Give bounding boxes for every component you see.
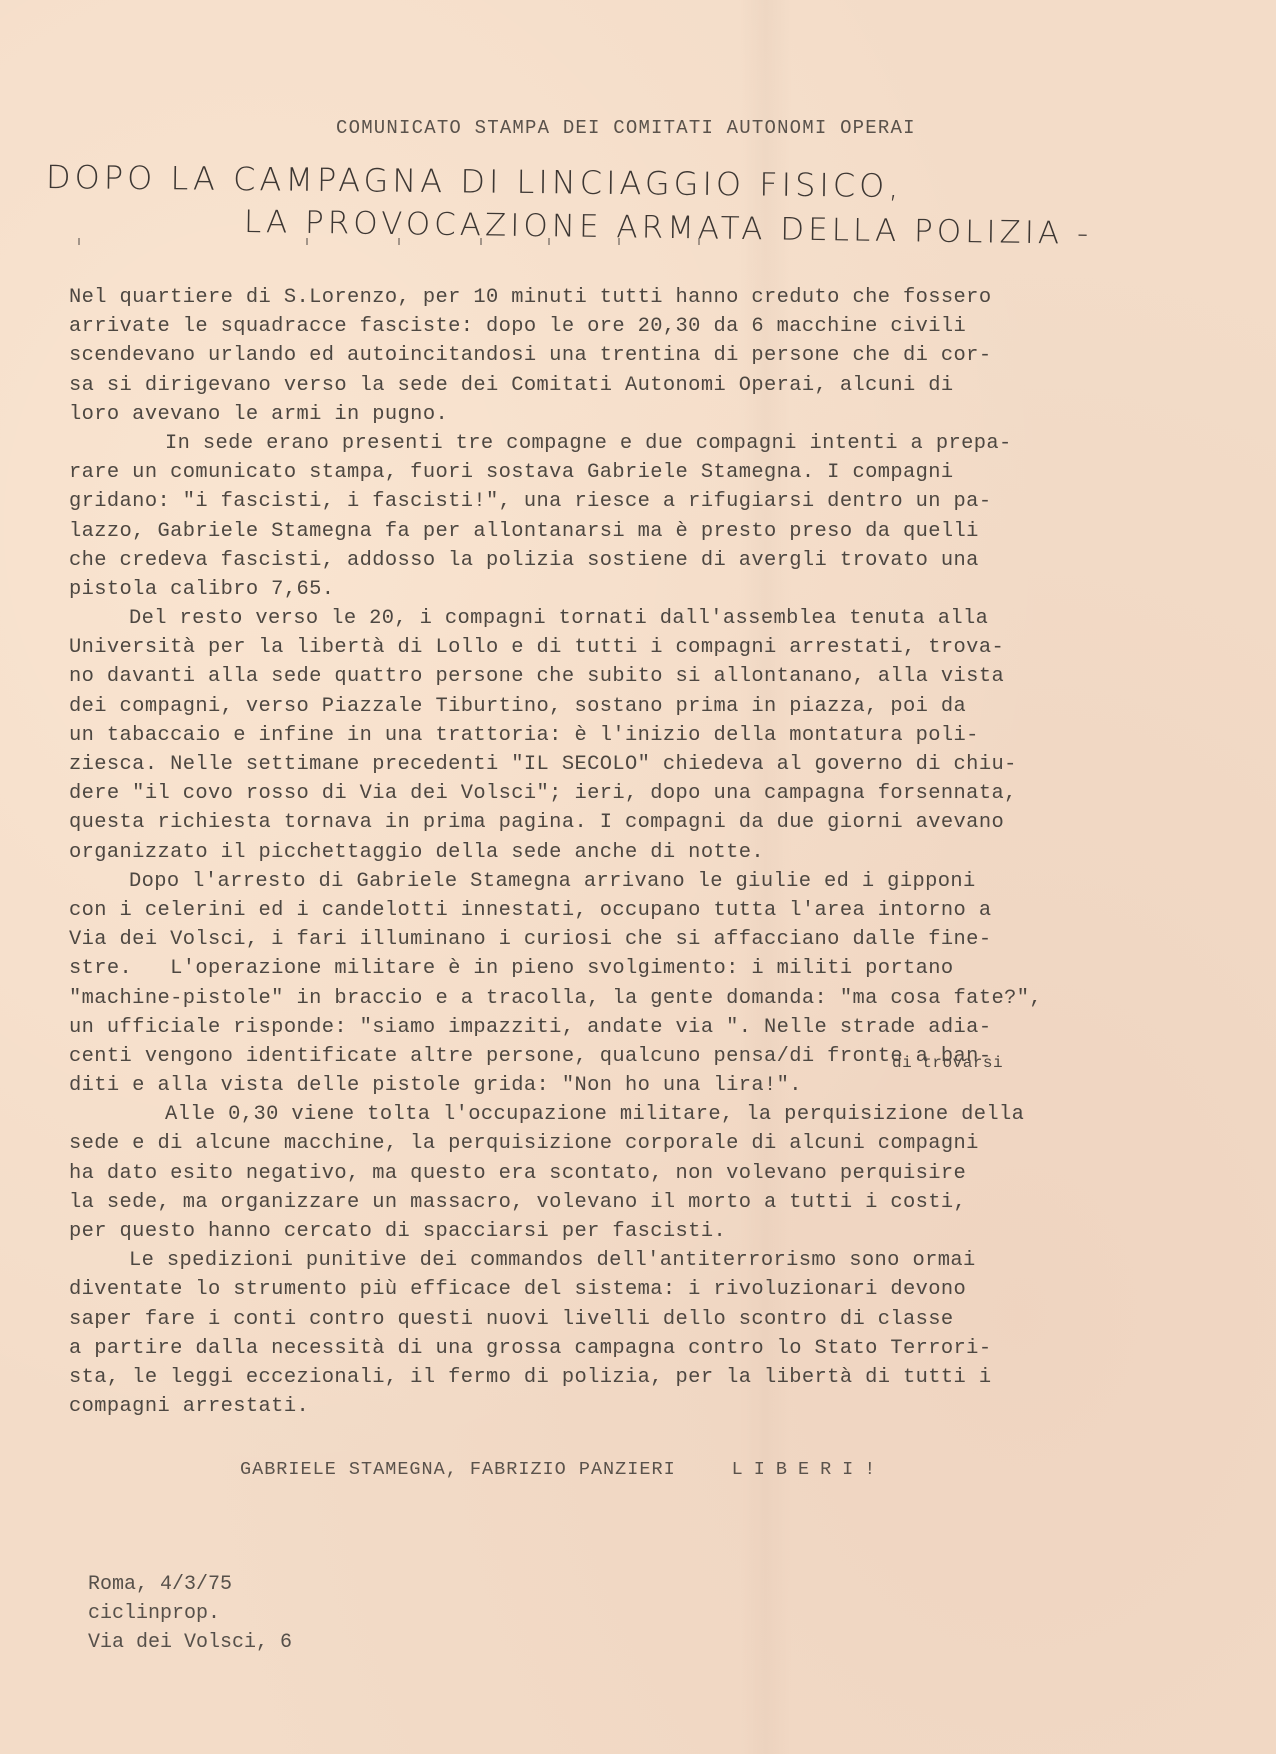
place-date: Roma, 4/3/75 <box>88 1570 292 1599</box>
body-line: diventate lo strumento più efficace del … <box>69 1275 1189 1304</box>
body-line: diti e alla vista delle pistole grida: "… <box>69 1071 1189 1100</box>
body-line: sa si dirigevano verso la sede dei Comit… <box>69 371 1189 400</box>
body-line: lazzo, Gabriele Stamegna fa per allontan… <box>69 517 1189 546</box>
body-line: un tabaccaio e infine in una trattoria: … <box>69 721 1189 750</box>
body-line: rare un comunicato stampa, fuori sostava… <box>69 458 1189 487</box>
interline-insertion: di trovarsi <box>892 1054 1003 1072</box>
body-line: organizzato il picchettaggio della sede … <box>69 838 1189 867</box>
body-line: pistola calibro 7,65. <box>69 575 1189 604</box>
slogan: GABRIELE STAMEGNA, FABRIZIO PANZIERILIBE… <box>240 1459 886 1480</box>
body-line: compagni arrestati. <box>69 1392 1189 1421</box>
body-line: saper fare i conti contro questi nuovi l… <box>69 1305 1189 1334</box>
body-line: Via dei Volsci, i fari illuminano i curi… <box>69 925 1189 954</box>
body-line: per questo hanno cercato di spacciarsi p… <box>69 1217 1189 1246</box>
body-line: stre. L'operazione militare è in pieno s… <box>69 954 1189 983</box>
stray-pen-marks <box>78 238 978 248</box>
address: Via dei Volsci, 6 <box>88 1628 292 1657</box>
body-line: In sede erano presenti tre compagne e du… <box>69 429 1189 458</box>
body-line: Alle 0,30 viene tolta l'occupazione mili… <box>69 1100 1189 1129</box>
body-line: Dopo l'arresto di Gabriele Stamegna arri… <box>69 867 1189 896</box>
body-line: questa richiesta tornava in prima pagina… <box>69 808 1189 837</box>
body-line: che credeva fascisti, addosso la polizia… <box>69 546 1189 575</box>
printer: ciclinprop. <box>88 1599 292 1628</box>
footer: Roma, 4/3/75 ciclinprop. Via dei Volsci,… <box>88 1570 292 1657</box>
body-line: dei compagni, verso Piazzale Tiburtino, … <box>69 692 1189 721</box>
body-line: sede e di alcune macchine, la perquisizi… <box>69 1129 1189 1158</box>
body-line: Le spedizioni punitive dei commandos del… <box>69 1246 1189 1275</box>
typed-header: COMUNICATO STAMPA DEI COMITATI AUTONOMI … <box>336 117 916 139</box>
slogan-names: GABRIELE STAMEGNA, FABRIZIO PANZIERI <box>240 1459 676 1480</box>
body-line: loro avevano le armi in pugno. <box>69 400 1189 429</box>
body-line: la sede, ma organizzare un massacro, vol… <box>69 1188 1189 1217</box>
body-line: Del resto verso le 20, i compagni tornat… <box>69 604 1189 633</box>
body-line: ziesca. Nelle settimane precedenti "IL S… <box>69 750 1189 779</box>
body-line: con i celerini ed i candelotti innestati… <box>69 896 1189 925</box>
body-line: dere "il covo rosso di Via dei Volsci"; … <box>69 779 1189 808</box>
body-line: gridano: "i fascisti, i fascisti!", una … <box>69 487 1189 516</box>
slogan-liberi: LIBERI! <box>732 1459 887 1480</box>
handwritten-title-line-1: DOPO LA CAMPAGNA DI LINCIAGGIO FISICO, <box>46 158 903 205</box>
body-line: no davanti alla sede quattro persone che… <box>69 662 1189 691</box>
body-line: Università per la libertà di Lollo e di … <box>69 633 1189 662</box>
body-line: sta, le leggi eccezionali, il fermo di p… <box>69 1363 1189 1392</box>
body-line: centi vengono identificate altre persone… <box>69 1042 1189 1071</box>
body-line: a partire dalla necessità di una grossa … <box>69 1334 1189 1363</box>
body-line: arrivate le squadracce fasciste: dopo le… <box>69 312 1189 341</box>
document-page: COMUNICATO STAMPA DEI COMITATI AUTONOMI … <box>0 0 1276 1754</box>
body-line: scendevano urlando ed autoincitandosi un… <box>69 341 1189 370</box>
body-line: un ufficiale risponde: "siamo impazziti,… <box>69 1013 1189 1042</box>
body-line: "machine-pistole" in braccio e a tracoll… <box>69 984 1189 1013</box>
body-line: Nel quartiere di S.Lorenzo, per 10 minut… <box>69 283 1189 312</box>
body-line: ha dato esito negativo, ma questo era sc… <box>69 1159 1189 1188</box>
body-text: Nel quartiere di S.Lorenzo, per 10 minut… <box>69 283 1189 1421</box>
